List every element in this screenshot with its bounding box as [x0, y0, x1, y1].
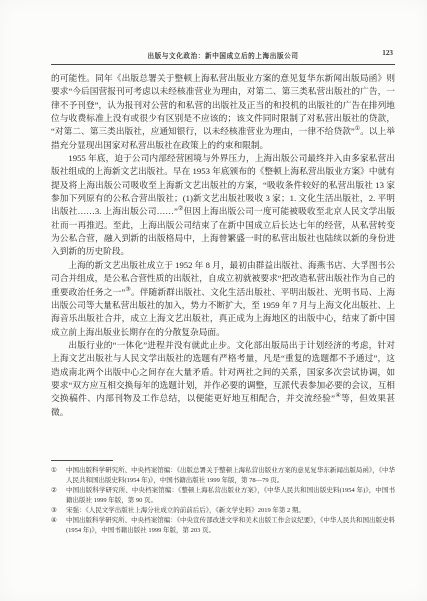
paragraph: 的可能性。同年《出版总署关于整顿上海私营出版业方案的意见复华东新闻出版局函》则要…	[51, 72, 395, 152]
footnote-item: ③宋强：《人民文学出版社上海分社成立的前前后后》，《新文学史料》2019 年第 …	[51, 506, 395, 516]
footnote-item: ②中国出版科学研究所、中央档案馆编：《整顿上海私营出版业方案》，《中华人民共和国…	[51, 486, 395, 506]
footnote-text: 宋强：《人民文学出版社上海分社成立的前前后后》，《新文学史料》2019 年第 2…	[66, 506, 395, 516]
footnote-text: 中国出版科学研究所、中央档案馆编：《中央宣传部改进文学和美术出版工作会议纪要》，…	[66, 516, 395, 536]
page-number: 123	[382, 49, 393, 57]
body-text: 的可能性。同年《出版总署关于整顿上海私营出版业方案的意见复华东新闻出版局函》则要…	[51, 72, 395, 419]
footnotes: ①中国出版科学研究所、中央档案馆编：《出版总署关于整顿上海私营出版业方案的意见复…	[51, 466, 395, 537]
running-header: 出版与文化政治：新中国成立后的上海出版公司 123	[51, 48, 395, 65]
footnote-text: 中国出版科学研究所、中央档案馆编：《出版总署关于整顿上海私营出版业方案的意见复华…	[66, 466, 395, 486]
footnote-marker: ②	[51, 486, 66, 496]
footnote-marker: ③	[51, 506, 66, 516]
footnote-item: ④中国出版科学研究所、中央档案馆编：《中央宣传部改进文学和美术出版工作会议纪要》…	[51, 516, 395, 536]
footnote-item: ①中国出版科学研究所、中央档案馆编：《出版总署关于整顿上海私营出版业方案的意见复…	[51, 466, 395, 486]
footnote-divider	[51, 460, 113, 461]
footnote-marker: ④	[51, 516, 66, 526]
paragraph: 上海的新文艺出版社成立于 1952 年 8 月，最初由群益出版社、海燕书店、大孚…	[51, 259, 395, 339]
footnote-ref: ③	[125, 287, 131, 293]
paragraph: 1955 年底，迫于公司内部经营困境与外界压力，上海出版公司最终并入由多家私营出…	[51, 152, 395, 259]
footnote-text: 中国出版科学研究所、中央档案馆编：《整顿上海私营出版业方案》，《中华人民共和国出…	[66, 486, 395, 506]
footnote-ref: ②	[178, 207, 184, 213]
header-title: 出版与文化政治：新中国成立后的上海出版公司	[51, 50, 395, 60]
book-page: 出版与文化政治：新中国成立后的上海出版公司 123 的可能性。同年《出版总署关于…	[0, 0, 427, 601]
footnote-marker: ①	[51, 466, 66, 476]
paragraph: 出版行业的“一体化”进程并没有就此止步。文化部出版局出于计划经济的考虑，针对上海…	[51, 339, 395, 419]
footnote-ref: ④	[335, 393, 341, 399]
footnote-ref: ①	[355, 126, 360, 132]
